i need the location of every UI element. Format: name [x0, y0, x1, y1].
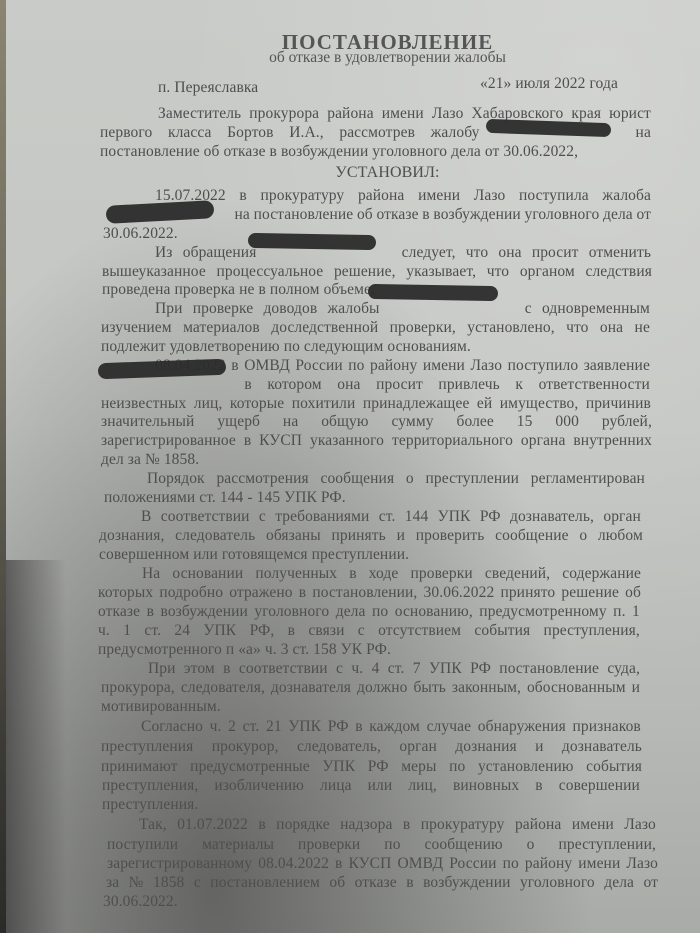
document-line: 15.07.2022впрокуратурурайонаимениЛазопос… [155, 187, 651, 205]
document-line: преступления,изобличениюлицаилилиц,винов… [102, 777, 640, 795]
document-line: ЗаместительпрокурорарайонаимениЛазоХабар… [158, 105, 651, 123]
document-line: 30.06.2022. [103, 225, 178, 243]
section-heading: УСТАНОВИЛ: [0, 164, 700, 182]
document-date: «21» июля 2022 года [480, 75, 618, 93]
document-line: зарегистрированному08.04.2022вКУСПОМВДРо… [107, 855, 658, 873]
document-line: Приэтомвсоответствиисч.4ст.7УПКРФпостано… [148, 660, 640, 678]
document-subtitle: об отказе в удовлетворении жалобы [0, 49, 700, 67]
document-line: предусмотренного п «а» ч. 3 ст. 158 УК Р… [98, 641, 391, 659]
document-line: изучениемматериаловдоследственнойпроверк… [101, 319, 650, 337]
document-line: значительныйущербнаобщуюсуммуболее15000р… [101, 413, 652, 431]
document-line: мотивированным. [101, 698, 221, 716]
document-line: положениями ст. 144 - 145 УПК РФ. [104, 489, 346, 507]
document-line: проведена проверка не в полном объеме. [102, 281, 375, 299]
document-line: зарегистрированноевКУСПуказанноготеррито… [101, 432, 652, 450]
document-line: дел за № 1858. [101, 451, 199, 469]
document-line: Согласноч.2ст.21УПКРФвкаждомслучаеобнару… [141, 718, 641, 736]
redaction-mark [248, 233, 376, 250]
document-line: постановление об отказе в возбуждении уг… [100, 143, 578, 161]
document-line: неизвестныхлиц,которыепохитилипринадлежа… [101, 395, 651, 413]
document-line: за№1858спостановлениемоботказеввозбужден… [106, 874, 658, 892]
document-line: вышеуказанноепроцессуальноерешение,указы… [102, 263, 652, 281]
document-line: преступленияпрокурор,следователь,органдо… [101, 738, 642, 756]
redaction-mark [368, 284, 498, 301]
document-line: 08.04.2022вОМВДРоссиипорайонуимениЛазопо… [155, 357, 650, 375]
document-line: ч.1ст.24УПКРФ,всвязисотсутствиемсобытияп… [98, 622, 640, 640]
document-line: Припроверкедоводовжалобы содновременным [155, 300, 650, 318]
document-line: Порядокрассмотрениясообщенияопреступлени… [147, 470, 645, 488]
document-line: Наоснованииполученныхвходепроверкисведен… [142, 565, 641, 583]
place: п. Переяславка [158, 79, 258, 97]
document-line: принимаютпредусмотренныеУПКРФмерыпоустан… [101, 758, 642, 776]
document-line: вкоторомонапроситпривлечькответственност… [104, 376, 650, 394]
document-line: преступления. [102, 796, 198, 814]
page-shadow [6, 560, 66, 933]
document-line: дознания,следовательобязаныпринятьипрове… [99, 527, 643, 545]
document-line: которыхподробноотраженовпостановлении,30… [98, 584, 641, 602]
document-line: прокурора,следователя,дознавателядолжноб… [101, 679, 640, 697]
document-line: Всоответствиистребованиямист.144УПКРФдоз… [141, 508, 641, 526]
document-line: совершенном или готовящемся преступлении… [99, 546, 409, 564]
document-line: поступилиматериалыпроверкипосообщениюопр… [107, 836, 656, 854]
document-line: подлежит удовлетворению по следующим осн… [101, 338, 471, 356]
document-line: отказеввозбужденииуголовногоделапооснова… [98, 603, 640, 621]
document-line: Изобращения следует,чтоонапроситотменить [155, 244, 651, 262]
document-line: 30.06.2022. [103, 893, 178, 911]
document-line: Так,01.07.2022впорядкенадзоравпрокуратур… [139, 816, 656, 834]
